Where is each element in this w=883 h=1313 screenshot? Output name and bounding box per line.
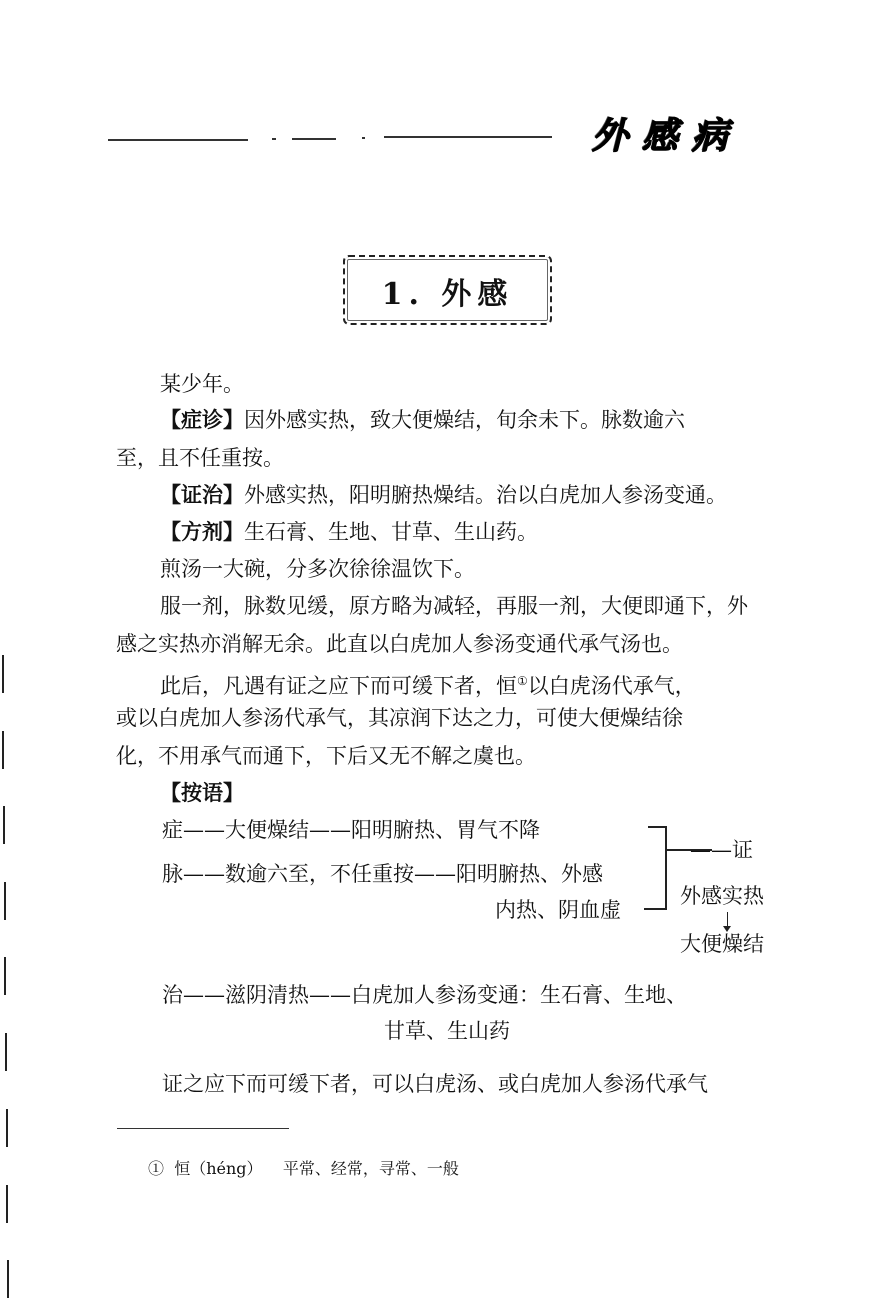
- scan-edge-mark: [4, 957, 6, 995]
- section-title: 1. 外感: [345, 269, 550, 313]
- symptom-text: 因外感实热，致大便燥结，旬余未下。脉数逾六: [244, 408, 685, 432]
- later-paragraph-line3: 化，不用承气而通下，下后又无不解之虞也。: [116, 744, 536, 768]
- header-rule-segment: [384, 136, 552, 138]
- header-rule-segment: [362, 137, 365, 139]
- later-paragraph-line2: 或以白虎加人参汤代承气，其凉润下达之力，可使大便燥结徐: [116, 706, 683, 730]
- prescription-label: 【方剂】: [160, 520, 244, 544]
- later-text-b: 以白虎汤代承气，: [528, 674, 696, 698]
- bracket-spine: [665, 826, 667, 910]
- diagram-row-symptom: 症——大便燥结——阳明腑热、胃气不降: [162, 818, 540, 842]
- scan-edge-mark: [7, 1260, 9, 1298]
- commentary-label: 【按语】: [160, 781, 244, 805]
- symptom-paragraph-line1: 【症诊】因外感实热，致大便燥结，旬余未下。脉数逾六: [160, 408, 685, 432]
- footnote-reference[interactable]: ①: [517, 674, 528, 688]
- diagram-conclusion-top: 外感实热: [680, 884, 764, 908]
- diagram-summary: 证之应下而可缓下者，可以白虎汤、或白虎加人参汤代承气: [162, 1072, 708, 1096]
- scan-edge-mark: [6, 1185, 8, 1223]
- scan-edge-mark: [5, 1033, 7, 1071]
- header-rule-segment: [292, 138, 336, 140]
- diagnosis-paragraph: 【证治】外感实热，阳明腑热燥结。治以白虎加人参汤变通。: [160, 483, 727, 507]
- footnote: ① 恒（héng） 平常、经常，寻常、一般: [148, 1156, 459, 1179]
- prescription-paragraph: 【方剂】生石膏、生地、甘草、生山药。: [160, 520, 538, 544]
- bracket-bottom-arm: [644, 908, 666, 910]
- result-paragraph-line2: 感之实热亦消解无余。此直以白虎加人参汤变通代承气汤也。: [116, 632, 683, 656]
- scan-edge-mark: [2, 731, 4, 769]
- scan-edge-mark: [4, 882, 6, 920]
- symptom-label: 【症诊】: [160, 408, 244, 432]
- diagram-conclusion-bottom: 大便燥结: [680, 932, 764, 956]
- diagram-row-pulse: 脉——数逾六至，不任重按——阳明腑热、外感: [162, 862, 603, 886]
- symptom-paragraph-line2: 至，且不任重按。: [116, 446, 284, 470]
- footnote-divider: [117, 1128, 289, 1129]
- scan-edge-mark: [6, 1109, 8, 1147]
- diagram-row-pulse-continued: 内热、阴血虚: [495, 898, 621, 922]
- result-paragraph-line1: 服一剂，脉数见缓，原方略为减轻，再服一剂，大便即通下，外: [160, 594, 748, 618]
- header-rule-segment: [272, 138, 276, 140]
- diagram-syndrome-label: ——证: [690, 838, 753, 862]
- scan-edge-mark: [2, 655, 4, 693]
- scan-edge-mark: [3, 806, 5, 844]
- footnote-marker: ①: [148, 1159, 164, 1178]
- footnote-term: 恒（héng）: [174, 1159, 262, 1178]
- section-title-frame: 1. 外感: [343, 255, 552, 325]
- decoction-paragraph: 煎汤一大碗，分多次徐徐温饮下。: [160, 557, 475, 581]
- diagram-treatment-line1: 治——滋阴清热——白虎加人参汤变通：生石膏、生地、: [162, 983, 687, 1007]
- header-rule-segment: [108, 139, 248, 141]
- bracket-top-arm: [648, 826, 666, 828]
- diagnosis-label: 【证治】: [160, 483, 244, 507]
- later-paragraph-line1: 此后，凡遇有证之应下而可缓下者，恒①以白虎汤代承气，: [160, 669, 696, 698]
- diagnosis-text: 外感实热，阳明腑热燥结。治以白虎加人参汤变通。: [244, 483, 727, 507]
- later-text-a: 此后，凡遇有证之应下而可缓下者，恒: [160, 674, 517, 698]
- diagram-treatment-line2: 甘草、生山药: [384, 1019, 510, 1043]
- intro-paragraph: 某少年。: [160, 372, 244, 396]
- prescription-text: 生石膏、生地、甘草、生山药。: [244, 520, 538, 544]
- chapter-title: 外感病: [592, 108, 742, 159]
- footnote-definition: 平常、经常，寻常、一般: [283, 1159, 459, 1178]
